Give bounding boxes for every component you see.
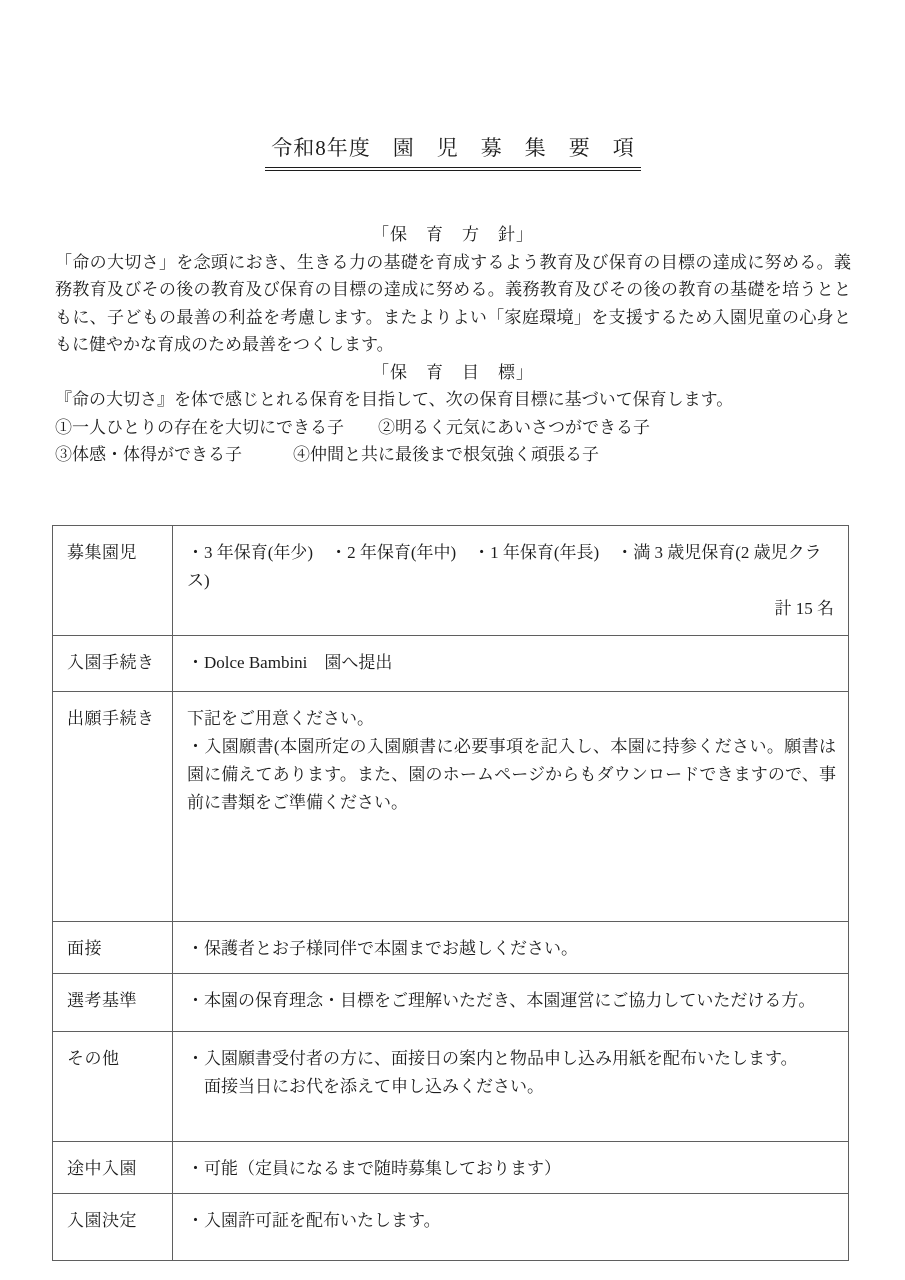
prose-block: 「保 育 方 針」 「命の大切さ」を念頭におき、生きる力の基礎を育成するよう教育… [55,221,851,469]
goals-line-1: ①一人ひとりの存在を大切にできる子 ②明るく元気にあいさつができる子 [55,414,851,442]
document-page: 令和8年度 園 児 募 集 要 項 「保 育 方 針」 「命の大切さ」を念頭にお… [0,0,905,1280]
table-row-interview: 面接 ・保護者とお子様同伴で本園までお越しください。 [53,921,849,973]
table-row-midterm-enrollment: 途中入園 ・可能（定員になるまで随時募集しております） [53,1141,849,1193]
row-content: ・保護者とお子様同伴で本園までお越しください。 [173,921,849,973]
row-content: ・入園許可証を配布いたします。 [173,1193,849,1260]
row-label: その他 [53,1031,173,1141]
row-label: 募集園児 [53,525,173,635]
table-row-admission-procedure: 入園手続き ・Dolce Bambini 園へ提出 [53,635,849,691]
row-content-intro: 下記をご用意ください。 [187,705,836,733]
row-content: ・可能（定員になるまで随時募集しております） [173,1141,849,1193]
row-content-line: ・入園願書受付者の方に、面接日の案内と物品申し込み用紙を配布いたします。 [187,1045,836,1073]
recruitment-table: 募集園児 ・3 年保育(年少) ・2 年保育(年中) ・1 年保育(年長) ・満… [52,525,849,1261]
row-content: ・本園の保育理念・目標をご理解いただき、本園運営にご協力していただける方。 [173,973,849,1031]
table-row-application-procedure: 出願手続き 下記をご用意ください。 ・入園願書(本園所定の入園願書に必要事項を記… [53,691,849,921]
page-title: 令和8年度 園 児 募 集 要 項 [265,132,641,171]
row-content-line: ・3 年保育(年少) ・2 年保育(年中) ・1 年保育(年長) ・満 3 歳児… [187,539,836,595]
row-label: 入園決定 [53,1193,173,1260]
row-content: ・3 年保育(年少) ・2 年保育(年中) ・1 年保育(年長) ・満 3 歳児… [173,525,849,635]
row-content: 下記をご用意ください。 ・入園願書(本園所定の入園願書に必要事項を記入し、本園に… [173,691,849,921]
row-content-body: ・入園願書(本園所定の入園願書に必要事項を記入し、本園に持参ください。願書は園に… [187,733,836,817]
policy-heading: 「保 育 方 針」 [55,221,851,249]
total-count-note: 計 15 名 [187,595,836,623]
title-wrap: 令和8年度 園 児 募 集 要 項 [55,118,851,185]
table-row-recruited-children: 募集園児 ・3 年保育(年少) ・2 年保育(年中) ・1 年保育(年長) ・満… [53,525,849,635]
row-content: ・Dolce Bambini 園へ提出 [173,635,849,691]
table-row-selection-criteria: 選考基準 ・本園の保育理念・目標をご理解いただき、本園運営にご協力していただける… [53,973,849,1031]
goals-line-2: ③体感・体得ができる子 ④仲間と共に最後まで根気強く頑張る子 [55,441,851,469]
row-label: 途中入園 [53,1141,173,1193]
row-content: ・入園願書受付者の方に、面接日の案内と物品申し込み用紙を配布いたします。 面接当… [173,1031,849,1141]
row-label: 選考基準 [53,973,173,1031]
goals-intro: 『命の大切さ』を体で感じとれる保育を目指して、次の保育目標に基づいて保育します。 [55,386,851,414]
row-content-line2: 面接当日にお代を添えて申し込みください。 [187,1073,836,1101]
policy-body: 「命の大切さ」を念頭におき、生きる力の基礎を育成するよう教育及び保育の目標の達成… [55,249,851,359]
row-label: 出願手続き [53,691,173,921]
table-row-enrollment-decision: 入園決定 ・入園許可証を配布いたします。 [53,1193,849,1260]
goals-heading: 「保 育 目 標」 [55,359,851,387]
table-row-other: その他 ・入園願書受付者の方に、面接日の案内と物品申し込み用紙を配布いたします。… [53,1031,849,1141]
row-label: 面接 [53,921,173,973]
row-label: 入園手続き [53,635,173,691]
